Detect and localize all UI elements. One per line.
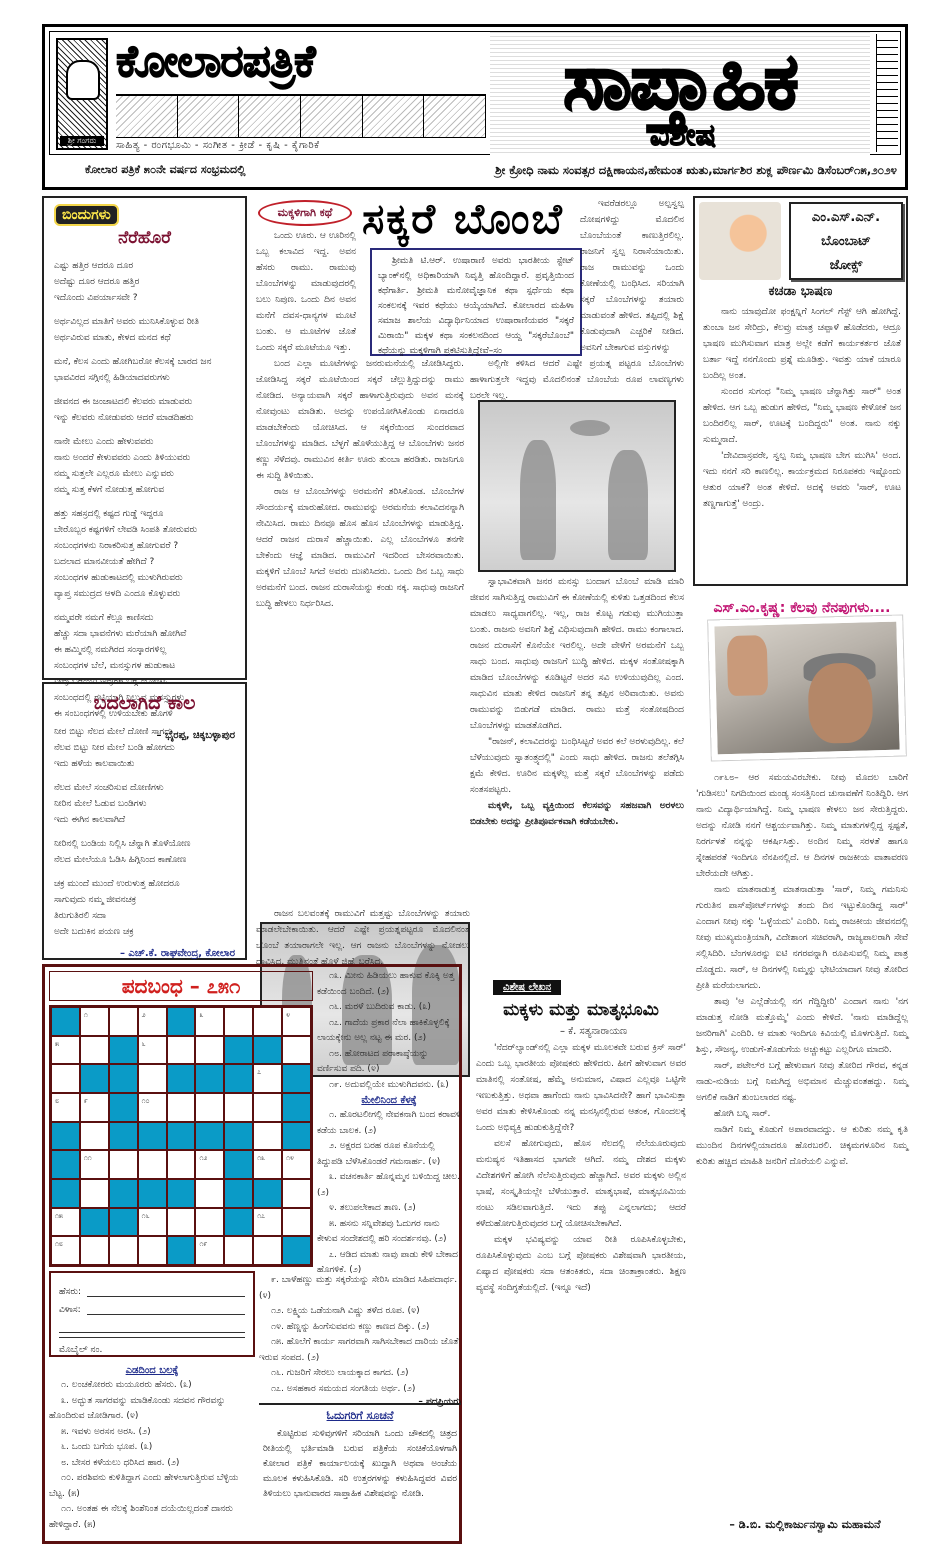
jokes-body: ನಾನು ಯಾವುದೋ ಫಂಕ್ಷನ್ನಿಗೆ ಸಿಂಗಲ್ ಗೆಸ್ಟ್ ಆಗ…	[703, 304, 901, 512]
poem-line: ಇದು ಹಳೆಯ ಕಾಲವಾಯಿತು	[54, 756, 235, 772]
poem-stanza: ಮನೆ, ಕೆಲಸ ಎಂದು ಹೋಗಿಬರೋ ಕೆಲಸಕ್ಕೆ ಬಾರದ ಜನಭ…	[54, 354, 235, 386]
crossword-cell[interactable]	[167, 1036, 196, 1065]
crossword-cell[interactable]	[80, 1036, 109, 1065]
crossword-cell[interactable]: ೧೪	[282, 1150, 311, 1179]
poem-line: ತಿರುಗುತಿರಲಿ ಸದಾ	[54, 908, 235, 924]
poem-stanza: ನಾನೇ ಮೇಲು ಎಂದು ಹೇಳುವವರುನಾನು ಅಂದರೆ ಕೇಳುವವ…	[54, 434, 235, 498]
crossword-block-cell	[167, 1122, 196, 1151]
crossword-block-cell	[224, 1122, 253, 1151]
crossword-cell[interactable]	[253, 1236, 282, 1265]
story-intro-text: ಶ್ರೀಮತಿ ಟಿ.ಆರ್. ಉಷಾರಾಣಿ ಅವರು ಭಾರತೀಯ ಸ್ಟೇ…	[378, 254, 574, 359]
crossword-clue: ೧. ಹೊರಟಲೀಗಲ್ಲಿ ನೇವಕನಾಗಿ ಬಂದ ಕರಾವಳಿ ಕಡೆಯ …	[317, 1108, 461, 1139]
smk-signature: – ಡಿ.ಬಿ. ಮಲ್ಲಿಕಾರ್ಜುನಸ್ವಾಮಿ ಮಹಾಮನೆ	[700, 1518, 910, 1532]
poem-line: ನೆಲವ ಬಿಟ್ಟು ನೀರ ಮೇಲೆ ಬಂಡಿ ಹೋಗದು	[54, 740, 235, 756]
smk-tribute-body: ೧೯೬೮– ಆರ ಸಮಯವಿರಬೇಕು. ನೀವು ಮೊದಲ ಬಾರಿಗೆ 'ಗ…	[696, 770, 908, 1170]
crossword-block-cell	[167, 1064, 196, 1093]
poem-line: ಇನ್ನು ಕೆಲವರು ನೋಡುವರು ಆದರೆ ಮಾಡದಿಹರು	[54, 410, 235, 426]
crossword-clue: ೩. ಅದ್ಭುತ ಸಾಗರವನ್ನು ಮಾಡಿಕೊಂಡು ಸದವನ ಗೌರವನ…	[49, 1394, 255, 1425]
mobile-label: ಮೊಬೈಲ್ ನಂ.	[59, 1345, 102, 1355]
crossword-cell[interactable]: ೧೬	[138, 1208, 167, 1237]
poem-body: ಎಷ್ಟು ಹತ್ತಿರ ಆದರೂ ದೂರಅದೆಷ್ಟು ದೂರ ಆದರೂ ಹತ…	[54, 258, 235, 722]
crossword-clue: ೫. ಇವಳು ಅರಸನ ಅರಸಿ. (೨)	[49, 1425, 255, 1441]
crossword-clue: ೧೩. ಮೀನು ಹಿಡಿಯಲು ಹಾಕುವ ಕೊಕ್ಕಿ ಅತ್ತ ಕಡೆಯಿ…	[317, 969, 461, 1000]
crossword-block-cell	[195, 1122, 224, 1151]
crossword-block-cell	[253, 1036, 282, 1065]
crossword-clue: ೧೫. ಹೊಲೆಗೆ ಕಾರ್ಯ ಸಾಗರವಾಗಿ ಸಾಗಿಸಬೇಕಾದ ದಾರ…	[259, 1335, 461, 1366]
crossword-clue: ೧೪. ಹೆಣ್ಣನ್ನು ಹಿಂಗೆಸುವವನು ಕಣ್ಣು ಕಾಣದ ದಿಕ…	[259, 1320, 461, 1336]
crossword-block-cell	[51, 1122, 80, 1151]
crossword-block-cell	[51, 1007, 80, 1036]
crossword-cell[interactable]: ೧೫	[51, 1208, 80, 1237]
crossword-block-cell	[282, 1064, 311, 1093]
poem-box-badalagide-kala: ಬದಲಾಗಿದೆ ಕಾಲ ನೀರ ಬಿಟ್ಟು ನೆಲದ ಮೇಲೆ ದೋಣಿ ಸ…	[42, 682, 247, 960]
crossword-block-cell	[282, 1122, 311, 1151]
crossword-block-cell	[80, 1208, 109, 1237]
crossword-block-cell	[138, 1122, 167, 1151]
paragraph: ನಾಡಿಗೆ ನಿಮ್ಮ ಕೊಡುಗೆ ಅಪಾರವಾದದ್ದು. ಆ ಕುರಿತ…	[696, 1122, 908, 1170]
crossword-cell[interactable]	[195, 1036, 224, 1065]
crossword-cell[interactable]	[224, 1007, 253, 1036]
crossword-title: ಪದಬಂಧ – ೭೫೧	[49, 971, 313, 1001]
poem-line: ನಮ್ಮ ಸುತ್ತ ಕೆಳಗೆ ನೋಡುತ್ತ ಹೋಗುವ	[54, 482, 235, 498]
crossword-clue: ೩. ವಚನಕಾರ್ತಿ ಹೊನ್ನಮ್ಮನ ಬಳಿಯಿದ್ದ ಚೀಲ. (೨)	[317, 1170, 461, 1201]
arts-illustration-strip	[116, 94, 486, 138]
poem-line: ನಾನೇ ಮೇಲು ಎಂದು ಹೇಳುವವರು	[54, 434, 235, 450]
crossword-block-cell	[195, 1064, 224, 1093]
poem-line: ಬೇರೊಬ್ಬರ ಕಷ್ಟಗಳಿಗೆ ಲೇವಡಿ ಸಿಂಪತಿ ತೋರುವರು	[54, 522, 235, 538]
name-field[interactable]	[87, 1287, 245, 1297]
crossword-clues-across: ಎಡದಿಂದ ಬಲಕ್ಕೆ ೧. ಲಂಚಕೋರರು ಮಯೂರರು ಹೆಸರು. …	[49, 1363, 255, 1533]
paragraph: ರಾಜ ಆ ಬೊಂಬೆಗಳನ್ನು ಅರಮನೆಗೆ ತರಿಸಿಕೊಂಡ. ಬೊಂ…	[256, 484, 464, 612]
jokes-title: ಎಂ.ಎಸ್.ಎನ್. ಬೊಂಬಾಟ್ ಜೋಕ್ಸ್	[789, 202, 903, 280]
emblem-label: ಶ್ರೀ ಗಂಗರು	[60, 136, 104, 146]
poem-line: ಇದೊಂದು ವಿಪರ್ಯಾಸವೇ ?	[54, 290, 235, 306]
poem-stanza: ನೀರಿನಲ್ಲಿ ಬಂಡಿಯ ನಿಲ್ಲಿಸಿ ಚೆನ್ನಾಗಿ ತೊಳೆಯೋ…	[54, 836, 235, 868]
entry-form: ಹೆಸರು: ವಿಳಾಸ: ಮೊಬೈಲ್ ನಂ.	[49, 1271, 255, 1357]
section-tag: ಬಿಂದುಗಳು	[54, 204, 119, 226]
poem-line: ಮನೆ, ಕೆಲಸ ಎಂದು ಹೋಗಿಬರೋ ಕೆಲಸಕ್ಕೆ ಬಾರದ ಜನ	[54, 354, 235, 370]
crossword-cell[interactable]: ೫	[51, 1036, 80, 1065]
poem-line: ಅದೇ ಬದುಕಿನ ಪಯಣ ಚಕ್ರ	[54, 924, 235, 940]
poem-body: ನೀರ ಬಿಟ್ಟು ನೆಲದ ಮೇಲೆ ದೋಣಿ ಸಾಗದುನೆಲವ ಬಿಟ್…	[54, 724, 235, 940]
dateline: ಶ್ರೀ ಕ್ರೋಧಿ ನಾಮ ಸಂವತ್ಸರ ದಕ್ಷಿಣಾಯನ,ಹೇಮಂತ …	[495, 163, 897, 178]
poem-line: ಅರ್ಥವಿರುವ ಮಾತು, ಕೇಳದ ಮನದ ಕಥೆ	[54, 330, 235, 346]
sm-krishna-photo	[708, 615, 906, 760]
title-line: ಬೊಂಬಾಟ್	[791, 230, 901, 254]
story-column: ಸ್ವಾಭಾವಿಕವಾಗಿ ಜನರ ಮನಸ್ಸು ಬಂದಾಗ ಬೊಂಬೆ ಮಾಡ…	[470, 574, 684, 830]
crossword-block-cell	[80, 1064, 109, 1093]
title-line: ಜೋಕ್ಸ್	[791, 254, 901, 278]
crossword-clue: ೪. ತಲುಪಲೇಕಾದ ತಾಣ. (೨)	[317, 1201, 461, 1217]
paragraph: ೧೯೬೮– ಆರ ಸಮಯವಿರಬೇಕು. ನೀವು ಮೊದಲ ಬಾರಿಗೆ 'ಗ…	[696, 770, 908, 882]
poem-line: ಸಂಬಂಧಗಳ ಬೆಲೆ, ಮನಸ್ಸುಗಳ ಹುಡುಕಾಟ	[54, 658, 235, 674]
crossword-block-cell	[51, 1150, 80, 1179]
crossword-cell[interactable]	[109, 1150, 138, 1179]
crossword-cell[interactable]: ೨	[138, 1007, 167, 1036]
poem-line: ಅದೆಷ್ಟು ದೂರ ಆದರೂ ಹತ್ತಿರ	[54, 274, 235, 290]
crossword-section: ಪದಬಂಧ – ೭೫೧ ೧೨೩೪೫೬೭೮೯೧೦೧೧೧೨೧೩೧೪೧೫೧೬೧೭೧೮೧…	[42, 964, 462, 1544]
crossword-clue: ೧೭. ಅಸಹಕಾರ ಸಮಯದ ಸಂಗತಿಯ ಅರ್ಥ. (೨)	[259, 1382, 461, 1398]
poem-line: ಭಾವವಿರದ ಸಗ್ಗಿನಲ್ಲಿ ಹಿಡಿಯಾದವರುಗಳು	[54, 370, 235, 386]
poem-title: ನೆರೆಹೊರೆ	[54, 228, 235, 248]
poem-line: ವ್ಯಾಪ್ತ ಸಮುದ್ರದ ಆಳದಿ ಎಂದೂ ಕೊಳ್ಳುವರು	[54, 586, 235, 602]
crossword-clue: ೧೭. ಗಾದೆಯ ಪ್ರಕಾರ ನೆಲಾ ಹಾಕಿಕೊಳ್ಳಲಿಕ್ಕೆ ಲಾ…	[317, 1016, 461, 1047]
crossword-clue: ೨. ಅಕ್ಷರದ ಬರಹ ರೂಪ ಕೊನೆಯಲ್ಲಿ ತಿದ್ದುಪಡಿ ಬೆ…	[317, 1139, 461, 1170]
poem-line: ಜೀವನದ ಈ ಜಂಜಾಟದಲಿ ಕೆಲವರು ಮಾಡುವರು	[54, 394, 235, 410]
crossword-block-cell	[109, 1036, 138, 1065]
industry-icon	[424, 96, 486, 137]
crossword-block-cell	[109, 1122, 138, 1151]
crossword-cell[interactable]	[195, 1208, 224, 1237]
crossword-clues-down-cont: ೯. ಬಾಳೆಹಣ್ಣು ಮತ್ತು ಸಕ್ಕರೆಯನ್ನು ಸೇರಿಸಿ ಮಾ…	[259, 1273, 461, 1407]
paragraph: ನಾನು ಮಾತನಾಡುತ್ತ ಮಾತನಾಡುತ್ತಾ 'ಸಾರ್, ನಿಮ್ಮ…	[696, 882, 908, 994]
poem-line: ಬದಲಾದ ಮಾನವೀಯತೆ ಹೇಗಿದೆ ?	[54, 554, 235, 570]
crossword-cell[interactable]: ೧	[80, 1007, 109, 1036]
poem-line: ಈ ಹಮ್ಮಿನಲ್ಲಿ ನಮಗಿರದ ಸಂಸ್ಕಾರಗಳಿಲ್ಲ	[54, 642, 235, 658]
poem-line: ನಮ್ಮವರೇ ನಮಗೆ ಕೆಲ್ಲೂ ಕಾಣಿಸದು	[54, 610, 235, 626]
crossword-block-cell	[109, 1179, 138, 1208]
crossword-block-cell	[224, 1150, 253, 1179]
poem-line: ಸಂಬಂಧಗಳನು ನಿರಾಕರಿಸುತ್ತ ಹೋಗುವರೆ ?	[54, 538, 235, 554]
crossword-clue: ೯. ಬಾಳೆಹಣ್ಣು ಮತ್ತು ಸಕ್ಕರೆಯನ್ನು ಸೇರಿಸಿ ಮಾ…	[259, 1273, 461, 1304]
crossword-cell[interactable]	[167, 1093, 196, 1122]
down-heading: ಮೇಲಿನಿಂದ ಕೆಳಕ್ಕೆ	[317, 1095, 461, 1106]
crossword-cell[interactable]	[167, 1150, 196, 1179]
poem-line: ಅರ್ಥವಿಲ್ಲದ ಮಾತಿಗೆ ಅವರು ಮುನಿಸಿಕೊಳ್ಳುವ ರೀತ…	[54, 314, 235, 330]
poem-line: ಹೆಚ್ಚು ಸದಾ ಭಾವನೆಗಳು ಮರೆಯಾಗಿ ಹೋಗಿವೆ	[54, 626, 235, 642]
crossword-cell[interactable]	[253, 1093, 282, 1122]
paragraph: ರಾಜನ ಬಲವಂತಕ್ಕೆ ರಾಮುವಿಗೆ ಮತ್ತಷ್ಟು ಬೊಂಬೆಗಳ…	[256, 906, 470, 970]
poem-stanza: ನೆಲದ ಮೇಲೆ ಸಂಚರಿಸುವ ದೋಣಿಗಳುನೀರಿನ ಮೇಲೆ ಓಡು…	[54, 780, 235, 828]
crossword-cell[interactable]	[282, 1208, 311, 1237]
paragraph: ಹೋಗಿ ಬನ್ನಿ ಸಾರ್.	[696, 1106, 908, 1122]
paragraph: ಮಕ್ಕಳೇ, ಒಬ್ಬ ವ್ಯಕ್ತಿಯಿಂದ ಕೆಲಸವನ್ನು ಸಹಜವಾ…	[470, 798, 684, 830]
decorative-border	[876, 34, 898, 152]
crossword-grid[interactable]: ೧೨೩೪೫೬೭೮೯೧೦೧೧೧೨೧೩೧೪೧೫೧೬೧೭೧೮೧೯	[49, 1005, 313, 1267]
poem-line: ನೀರಿನಲ್ಲಿ ಬಂಡಿಯ ನಿಲ್ಲಿಸಿ ಚೆನ್ನಾಗಿ ತೊಳೆಯೋ…	[54, 836, 235, 852]
paragraph: ಇವರೆಡರಲ್ಲೂ ಅಲ್ಪಸ್ವಲ್ಪ ದೋಷಗಳಿದ್ದು ಮೊದಲಿನ …	[580, 196, 684, 356]
paragraph: "ರಾಜನ್, ಕಲಾವಿದರನ್ನು ಬಂಧಿಸಿಟ್ಟರೆ ಅವರ ಕಲೆ …	[470, 734, 684, 798]
crossword-cell[interactable]: ೬	[138, 1036, 167, 1065]
crossword-cell[interactable]: ೧೦	[138, 1093, 167, 1122]
crossword-cell[interactable]: ೭	[253, 1064, 282, 1093]
crossword-cell[interactable]: ೩	[195, 1007, 224, 1036]
story-column: ಬಂದ ಎಲ್ಲಾ ಮೂಟೆಗಳನ್ನು ಜನರುಮನೆಯಲ್ಲಿ ಜೋಡಿಸಿ…	[256, 356, 464, 612]
paragraph: ವಲಸೆ ಹೋಗುವುದು, ಹೊಸ ನೆಲದಲ್ಲಿ ನೆಲೆಯೂರುವುದು…	[476, 1136, 686, 1232]
poem-line: ಸಂಬಂಧಗಳ ಹುಡುಕಾಟದಲ್ಲಿ ಮುಳುಗಿರುವರು	[54, 570, 235, 586]
reader-note: ಓದುಗರಿಗೆ ಸೂಚನೆ ಕೊಟ್ಟಿರುವ ಸುಳಿವುಗಳಿಗೆ ಸರಿ…	[259, 1403, 461, 1541]
address-label: ವಿಳಾಸ:	[59, 1305, 81, 1315]
across-heading: ಎಡದಿಂದ ಬಲಕ್ಕೆ	[49, 1365, 255, 1376]
paragraph: 'ನೆದರ್‌ಲ್ಯಾಂಡ್‌ನಲ್ಲಿ ಎಲ್ಲಾ ಮಕ್ಕಳ ಮೂಲಕವೇ …	[476, 1040, 686, 1136]
crossword-block-cell	[109, 1093, 138, 1122]
crossword-clue: ೬. ಒಂದು ಬಗೆಯ ಭೂಪ. (೩)	[49, 1440, 255, 1456]
masthead-subtitle: ಸಾಹಿತ್ಯ - ರಂಗಭೂಮಿ - ಸಂಗೀತ - ಕ್ರೀಡೆ - ಕೃಷ…	[116, 140, 486, 151]
crossword-block-cell	[109, 1208, 138, 1237]
crossword-block-cell	[282, 1236, 311, 1265]
paragraph: ಸಾರ್, ಪಟೇಲ್‌ರ ಬಗ್ಗೆ ಹೇಳುವಾಗ ನೀವು ತೋರಿದ ಗ…	[696, 1058, 908, 1106]
poem-stanza: ನೀರ ಬಿಟ್ಟು ನೆಲದ ಮೇಲೆ ದೋಣಿ ಸಾಗದುನೆಲವ ಬಿಟ್…	[54, 724, 235, 772]
crossword-cell[interactable]	[195, 1179, 224, 1208]
paragraph: ನಾನು ಯಾವುದೋ ಫಂಕ್ಷನ್ನಿಗೆ ಸಿಂಗಲ್ ಗೆಸ್ಟ್ ಆಗ…	[703, 304, 901, 384]
crossword-cell[interactable]	[51, 1064, 80, 1093]
paragraph: 'ದೇವಿದಾಸ್ರವರೇ, ಸ್ವಲ್ಪ ನಿಮ್ಮ ಭಾಷಣ ಬೇಗ ಮುಗ…	[703, 448, 901, 512]
paragraph: ಸುಂದರ ಸುಗಂಧ "ನಿಮ್ಮ ಭಾಷಣ ಚೆನ್ನಾಗಿತ್ತು ಸಾರ…	[703, 384, 901, 448]
crossword-cell[interactable]	[224, 1093, 253, 1122]
crossword-block-cell	[282, 1093, 311, 1122]
poem-line: ಎಷ್ಟು ಹತ್ತಿರ ಆದರೂ ದೂರ	[54, 258, 235, 274]
story-column: ರಾಜನ ಬಲವಂತಕ್ಕೆ ರಾಮುವಿಗೆ ಮತ್ತಷ್ಟು ಬೊಂಬೆಗಳ…	[256, 906, 470, 970]
poem-byline: – ಎಚ್.ಕೆ. ರಾಘವೇಂದ್ರ, ಕೋಲಾರ	[54, 948, 235, 959]
poem-line: ಚಕ್ರ ಮುಂದೆ ಮುಂದೆ ಉರುಳುತ್ತ ಹೋದರೂ	[54, 876, 235, 892]
poem-stanza: ಅರ್ಥವಿಲ್ಲದ ಮಾತಿಗೆ ಅವರು ಮುನಿಸಿಕೊಳ್ಳುವ ರೀತ…	[54, 314, 235, 346]
jokes-subtitle: ಕಚಡಾ ಭಾಷಣ	[695, 284, 906, 299]
poem-box-nerehore: ಬಿಂದುಗಳು ನೆರೆಹೊರೆ ಎಷ್ಟು ಹತ್ತಿರ ಆದರೂ ದೂರಅ…	[42, 196, 247, 680]
masthead: ಶ್ರೀ ಗಂಗರು ಕೋಲಾರಪತ್ರಿಕೆ ಸಾಹಿತ್ಯ - ರಂಗಭೂಮ…	[42, 24, 908, 190]
crossword-block-cell	[167, 1007, 196, 1036]
bird-icon	[570, 420, 610, 436]
feature-tag: ವಿಶೇಷ ಲೇಖನ	[493, 980, 561, 995]
crossword-block-cell	[138, 1179, 167, 1208]
crossword-cell[interactable]	[167, 1208, 196, 1237]
literature-icon	[116, 96, 178, 137]
poem-stanza: ಚಕ್ರ ಮುಂದೆ ಮುಂದೆ ಉರುಳುತ್ತ ಹೋದರೂಸಾಗುವುದು …	[54, 876, 235, 940]
crossword-cell[interactable]	[224, 1236, 253, 1265]
reader-note-body: ಕೊಟ್ಟಿರುವ ಸುಳಿವುಗಳಿಗೆ ಸರಿಯಾಗಿ ಒಂದು ಚೌಕದಲ…	[263, 1427, 457, 1502]
crossword-cell[interactable]	[80, 1236, 109, 1265]
crossword-cell[interactable]	[138, 1064, 167, 1093]
story-column: ಇವರೆಡರಲ್ಲೂ ಅಲ್ಪಸ್ವಲ್ಪ ದೋಷಗಳಿದ್ದು ಮೊದಲಿನ …	[580, 196, 684, 356]
paragraph: ತಾವು 'ಆ ಎಲ್ಲೆಡೆಯಲ್ಲಿ ನಗ ಗೆದ್ದಿದ್ದೀರಿ' ಎಂ…	[696, 994, 908, 1058]
crossword-block-cell	[167, 1179, 196, 1208]
anniversary-tagline: ಕೋಲಾರ ಪತ್ರಿಕೆ ೫೦ನೇ ವರ್ಷದ ಸಂಭ್ರಮದಲ್ಲಿ	[85, 163, 245, 177]
paragraph: ಒಂದು ಊರು. ಆ ಊರಿನಲ್ಲಿ ಒಬ್ಬ ಕಲಾವಿದ ಇದ್ದ. ಅ…	[256, 228, 356, 356]
crossword-cell[interactable]	[109, 1236, 138, 1265]
feature-body: 'ನೆದರ್‌ಲ್ಯಾಂಡ್‌ನಲ್ಲಿ ಎಲ್ಲಾ ಮಕ್ಕಳ ಮೂಲಕವೇ …	[476, 1040, 686, 1296]
crossword-cell[interactable]: ೧೧	[80, 1150, 109, 1179]
crossword-cell[interactable]	[282, 1179, 311, 1208]
crossword-cell[interactable]	[138, 1236, 167, 1265]
crossword-cell[interactable]	[80, 1179, 109, 1208]
crossword-cell[interactable]: ೧೩	[253, 1150, 282, 1179]
crossword-cell[interactable]	[138, 1150, 167, 1179]
poem-line: ನೀರಿನ ಮೇಲೆ ಓಡುವ ಬಂಡಿಗಳು	[54, 796, 235, 812]
crossword-block-cell	[224, 1208, 253, 1237]
poem-stanza: ಜೀವನದ ಈ ಜಂಜಾಟದಲಿ ಕೆಲವರು ಮಾಡುವರುಇನ್ನು ಕೆಲ…	[54, 394, 235, 426]
poem-stanza: ಎಷ್ಟು ಹತ್ತಿರ ಆದರೂ ದೂರಅದೆಷ್ಟು ದೂರ ಆದರೂ ಹತ…	[54, 258, 235, 306]
crossword-block-cell	[224, 1064, 253, 1093]
poem-line: ನೆಲದ ಮೇಲೆಯೂ ಓಡಿಸಿ ಹಿಗ್ಗಿನಿಂದ ಕಾಣೋಣ	[54, 852, 235, 868]
crossword-clue: ೧೧. ಅಂತಹ ಈ ನೆಲಕ್ಕೆ ಶಿಂಶೆನಿಂತ ದಯೆಯಿಲ್ಲದಂತ…	[49, 1502, 255, 1533]
caricature-image	[699, 202, 781, 280]
agriculture-icon	[363, 96, 425, 137]
story-category-tag: ಮಕ್ಕಳಿಗಾಗಿ ಕಥೆ	[258, 200, 352, 226]
story-intro-box: ಶ್ರೀಮತಿ ಟಿ.ಆರ್. ಉಷಾರಾಣಿ ಅವರು ಭಾರತೀಯ ಸ್ಟೇ…	[370, 248, 582, 356]
crossword-cell[interactable]: ೧೨	[195, 1150, 224, 1179]
crossword-clue: ೫. ಹಸನು ಸನ್ನಿವೇಶವು ಓದುಗರ ನಾನು ಕೇಳುವ ಸಂದೇ…	[317, 1217, 461, 1248]
crossword-cell[interactable]	[282, 1036, 311, 1065]
crossword-block-cell	[253, 1179, 282, 1208]
poem-line: ನೆಲದ ಮೇಲೆ ಸಂಚರಿಸುವ ದೋಣಿಗಳು	[54, 780, 235, 796]
elephant-emblem-icon: ಶ್ರೀ ಗಂಗರು	[56, 38, 108, 150]
jokes-box: ಎಂ.ಎಸ್.ಎನ್. ಬೊಂಬಾಟ್ ಜೋಕ್ಸ್ ಕಚಡಾ ಭಾಷಣ ನಾನ…	[693, 196, 908, 586]
crossword-clue: ೮. ಬೇಸರ ಕಳೆಯಲು ಧರಿಸಿದ ಹಾರ. (೨)	[49, 1456, 255, 1472]
crossword-block-cell	[51, 1179, 80, 1208]
crossword-clue: ೧. ಲಂಚಕೋರರು ಮಯೂರರು ಹೆಸರು. (೩)	[49, 1378, 255, 1394]
paragraph: ಮಕ್ಕಳ ಭವಿಷ್ಯವನ್ನು ಯಾವ ರೀತಿ ರೂಪಿಸಿಕೊಳ್ಳಬೇ…	[476, 1232, 686, 1296]
crossword-cell[interactable]	[253, 1122, 282, 1151]
crossword-block-cell	[224, 1036, 253, 1065]
newspaper-title: ಕೋಲಾರಪತ್ರಿಕೆ	[116, 34, 486, 90]
title-line: ಎಂ.ಎಸ್.ಎನ್.	[791, 206, 901, 230]
story-illustration-king-and-sage	[478, 400, 676, 572]
name-label: ಹೆಸರು:	[59, 1287, 81, 1297]
crossword-cell[interactable]: ೮	[51, 1093, 80, 1122]
address-field[interactable]	[87, 1305, 245, 1315]
crossword-cell[interactable]	[195, 1093, 224, 1122]
story-column: ಒಂದು ಊರು. ಆ ಊರಿನಲ್ಲಿ ಒಬ್ಬ ಕಲಾವಿದ ಇದ್ದ. ಅ…	[256, 228, 356, 356]
sports-icon	[301, 96, 363, 137]
reader-note-title: ಓದುಗರಿಗೆ ಸೂಚನೆ	[263, 1409, 457, 1423]
music-icon	[239, 96, 301, 137]
theatre-masks-icon	[178, 96, 240, 137]
crossword-clue: ೧೬. ಮರಳೆ ಬುದಿರುವ ಕಾಡು. (೩)	[317, 1000, 461, 1016]
crossword-block-cell	[167, 1236, 196, 1265]
crossword-block-cell	[224, 1179, 253, 1208]
crossword-cell[interactable]	[253, 1007, 282, 1036]
weekly-subtitle: ವಿಶೇಷ	[650, 118, 716, 153]
paragraph: ಅಲ್ಲಿಗೇ ಕಳಿಸಿದ ಆದರೆ ಎಷ್ಟೇ ಪ್ರಯತ್ನ ಪಟ್ಟರೂ…	[470, 356, 684, 404]
poem-line: ಸಾಗುವುದು ನಮ್ಮ ಜೀವನಚಕ್ರ	[54, 892, 235, 908]
poem-stanza: ಹತ್ತು ಸಹಸ್ರದಲ್ಲಿ ಕಷ್ಟದ ಗುಡ್ಡೆ ಇದ್ದರೂಬೇರೊ…	[54, 506, 235, 602]
address-field-line2[interactable]	[59, 1323, 245, 1333]
paragraph: ಸ್ವಾಭಾವಿಕವಾಗಿ ಜನರ ಮನಸ್ಸು ಬಂದಾಗ ಬೊಂಬೆ ಮಾಡ…	[470, 574, 684, 734]
poem-line: ಇದು ಈಗಿನ ಕಾಲವಾಗಿದೆ	[54, 812, 235, 828]
crossword-clue: ೧೮. ಹೋರಾಟದ ಪರಾಕಾಷ್ಠೆಯನ್ನು ವರ್ಣಿಸುವ ಪದಿ. …	[317, 1047, 461, 1078]
crossword-clue: ೧೬. ಗುಜರಿಗೆ ಸೇರಲು ಲಾಯಕ್ಕಾದ ಕಾಗದ. (೨)	[259, 1366, 461, 1382]
poem-line: ಹತ್ತು ಸಹಸ್ರದಲ್ಲಿ ಕಷ್ಟದ ಗುಡ್ಡೆ ಇದ್ದರೂ	[54, 506, 235, 522]
masthead-banner: ಶ್ರೀ ಗಂಗರು ಕೋಲಾರಪತ್ರಿಕೆ ಸಾಹಿತ್ಯ - ರಂಗಭೂಮ…	[49, 31, 901, 155]
poem-line: ನಾನು ಅಂದರೆ ಕೇಳುವವರು ಎಂದು ತಿಳಿಯುವರು	[54, 450, 235, 466]
crossword-cell[interactable]: ೯	[80, 1093, 109, 1122]
crossword-cell[interactable]: ೧೭	[253, 1208, 282, 1237]
smk-tribute-title: ಎಸ್.ಎಂ.ಕೃಷ್ಣ: ಕೆಲವು ನೆನಪುಗಳು....	[696, 600, 908, 616]
crossword-cell[interactable]: ೪	[282, 1007, 311, 1036]
poem-title: ಬದಲಾಗಿದೆ ಕಾಲ	[54, 692, 235, 714]
crossword-clue: ೧೨. ಲಕ್ಷ್ಮಿಯ ಒಡೆಯನಾಗಿ ವಿಷ್ಣು ತಳೆದ ರೂಪ. (…	[259, 1304, 461, 1320]
feature-byline: – ಕೆ. ಸತ್ಯನಾರಾಯಣ	[560, 1026, 627, 1037]
crossword-cell[interactable]	[80, 1122, 109, 1151]
crossword-clues-right: ೧೩. ಮೀನು ಹಿಡಿಯಲು ಹಾಕುವ ಕೊಕ್ಕಿ ಅತ್ತ ಕಡೆಯಿ…	[317, 969, 461, 1279]
paragraph: ಬಂದ ಎಲ್ಲಾ ಮೂಟೆಗಳನ್ನು ಜನರುಮನೆಯಲ್ಲಿ ಜೋಡಿಸಿ…	[256, 356, 464, 484]
story-column: ಅಲ್ಲಿಗೇ ಕಳಿಸಿದ ಆದರೆ ಎಷ್ಟೇ ಪ್ರಯತ್ನ ಪಟ್ಟರೂ…	[470, 356, 684, 404]
poem-line: ನೀರ ಬಿಟ್ಟು ನೆಲದ ಮೇಲೆ ದೋಣಿ ಸಾಗದು	[54, 724, 235, 740]
crossword-cell[interactable]: ೧೮	[51, 1236, 80, 1265]
crossword-block-cell	[109, 1064, 138, 1093]
crossword-cell[interactable]	[109, 1007, 138, 1036]
feature-title: ಮಕ್ಕಳು ಮತ್ತು ಮಾತೃಭೂಮಿ	[476, 1000, 686, 1020]
crossword-clue: ೧೯. ಅದುವಲ್ಲಿಯೇ ಮುಳುಗಿದವನು. (೩)	[317, 1078, 461, 1094]
poem-line: ನಮ್ಮ ಸುತ್ತಲೇ ಎಲ್ಲರೂ ಮೇಲು ಎನ್ನುವರು	[54, 466, 235, 482]
crossword-cell[interactable]: ೧೯	[195, 1236, 224, 1265]
crossword-clue: ೧೦. ಪರಶಿವನು ಕುಳಿತಿದ್ದಾಗ ಎಂದು ಹೇಳಲಾಗುತ್ತಿ…	[49, 1471, 255, 1502]
